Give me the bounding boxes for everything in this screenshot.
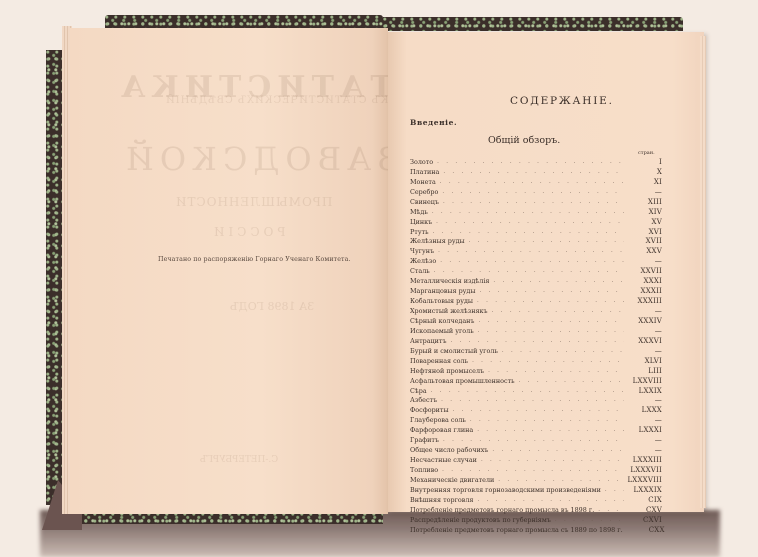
toc-entry[interactable]: МонетаXI (410, 177, 662, 187)
dot-leader (472, 357, 624, 366)
dot-leader (441, 396, 624, 405)
toc-entry-page: — (628, 416, 662, 425)
toc-entry-page: XV (628, 218, 662, 227)
toc-entry-page: — (628, 347, 662, 356)
toc-entry-label: Цинкъ (410, 218, 432, 227)
toc-entry-label: Фосфориты (410, 406, 449, 415)
dot-leader (470, 416, 624, 425)
toc-entry[interactable]: СѣраLXXIX (410, 386, 662, 396)
toc-entry-page: — (628, 188, 662, 197)
toc-entry-page: CXVI (628, 516, 662, 525)
toc-entry[interactable]: Азбестъ— (410, 396, 662, 406)
toc-entry-page: XLVI (628, 357, 662, 366)
intro-heading: Введеніе. (410, 118, 457, 127)
toc-entry[interactable]: Внѣшняя торговляCIX (410, 495, 662, 505)
toc-entry-label: Поваренная соль (410, 357, 468, 366)
toc-list: ЗолотоIПлатинаXМонетаXIСеребро—СвинецъXI… (410, 157, 662, 535)
toc-entry-page: CXX (631, 526, 665, 535)
page-title: СОДЕРЖАНІЕ. (510, 95, 614, 107)
toc-entry[interactable]: Ископаемый уголь— (410, 326, 662, 336)
dot-leader (443, 168, 624, 177)
toc-entry[interactable]: АнтрацитъXXXVI (410, 336, 662, 346)
toc-entry-label: Внѣшняя торговля (410, 496, 473, 505)
dot-leader (477, 297, 624, 306)
toc-entry[interactable]: Марганцовыя рудыXXXII (410, 286, 662, 296)
toc-entry-label: Бурый и смолистый уголь (410, 347, 498, 356)
dot-leader (440, 257, 624, 266)
toc-entry-label: Чугунъ (410, 247, 434, 256)
dot-leader (492, 446, 624, 455)
page-column-label: стран. (638, 150, 655, 156)
dot-leader (502, 347, 624, 356)
toc-entry-label: Желѣзо (410, 257, 436, 266)
toc-entry-page: LXXXIII (628, 456, 662, 465)
dot-leader (488, 367, 624, 376)
toc-entry-page: LXXXVII (628, 466, 662, 475)
toc-entry[interactable]: Бурый и смолистый уголь— (410, 346, 662, 356)
toc-entry[interactable]: Нефтяной промыселъLIII (410, 366, 662, 376)
toc-entry-label: Свинецъ (410, 198, 439, 207)
toc-entry-label: Антрацитъ (410, 337, 447, 346)
imprint-note: Печатано по распоряженію Горнаго Ученаго… (158, 256, 351, 263)
toc-entry-page: — (628, 436, 662, 445)
show-through-text: ПРОМЫШЛЕННОСТИ (175, 195, 332, 209)
toc-entry-label: Марганцовыя руды (410, 287, 475, 296)
toc-entry[interactable]: Хромистый желѣзнякъ— (410, 306, 662, 316)
toc-entry-page: CXV (628, 506, 662, 515)
toc-entry-label: Монета (410, 178, 436, 187)
dot-leader (442, 188, 624, 197)
right-page-stack (700, 36, 706, 508)
toc-entry[interactable]: Общее число рабочихъ— (410, 445, 662, 455)
dot-leader (605, 486, 624, 495)
toc-entry-label: Нефтяной промыселъ (410, 367, 484, 376)
toc-entry[interactable]: Металлическія издѣліяXXXI (410, 276, 662, 286)
toc-entry-page: XXVII (628, 267, 662, 276)
toc-entry[interactable]: Желѣзныя рудыXVII (410, 237, 662, 247)
dot-leader (519, 377, 624, 386)
dot-leader (478, 327, 624, 336)
toc-entry-page: XIII (628, 198, 662, 207)
dot-leader (493, 277, 624, 286)
toc-entry[interactable]: Желѣзо— (410, 256, 662, 266)
toc-entry[interactable]: Распредѣленіе продуктовъ по губерніямъCX… (410, 515, 662, 525)
toc-entry[interactable]: ПлатинаX (410, 167, 662, 177)
toc-entry[interactable]: Внутренняя торговля горнозаводскими прои… (410, 485, 662, 495)
show-through-text: ЗА 1898 ГОДЪ (230, 300, 314, 313)
toc-entry[interactable]: Несчастные случаиLXXXIII (410, 455, 662, 465)
show-through-text: РОССІИ (210, 225, 285, 239)
toc-entry-label: Желѣзныя руды (410, 237, 465, 246)
toc-entry-page: LXXXIX (628, 486, 662, 495)
toc-entry-page: XXXIV (628, 317, 662, 326)
toc-entry-label: Общее число рабочихъ (410, 446, 488, 455)
toc-entry[interactable]: Сѣрный колчеданъXXXIV (410, 316, 662, 326)
dot-leader (432, 208, 624, 217)
cover-top-edge-right (383, 17, 683, 31)
toc-entry-page: LXXXI (628, 426, 662, 435)
dot-leader (438, 247, 624, 256)
toc-entry-page: XXXII (628, 287, 662, 296)
toc-entry-label: Платина (410, 168, 439, 177)
toc-entry[interactable]: Фарфоровая глинаLXXXI (410, 425, 662, 435)
dot-leader (437, 158, 624, 167)
dot-leader (433, 228, 624, 237)
toc-entry-label: Хромистый желѣзнякъ (410, 307, 488, 316)
toc-entry[interactable]: ЗолотоI (410, 157, 662, 167)
toc-entry-label: Несчастные случаи (410, 456, 477, 465)
toc-entry[interactable]: ТопливоLXXXVII (410, 465, 662, 475)
toc-entry-label: Потребленіе предметовъ горнаго промысла … (410, 506, 594, 515)
toc-entry-label: Сѣра (410, 387, 427, 396)
toc-entry-page: — (628, 327, 662, 336)
toc-entry-page: — (628, 446, 662, 455)
toc-entry-page: — (628, 396, 662, 405)
toc-entry-page: X (628, 168, 662, 177)
toc-entry-label: Кобальтовыя руды (410, 297, 473, 306)
toc-entry-page: — (628, 257, 662, 266)
toc-entry-label: Фарфоровая глина (410, 426, 473, 435)
toc-entry-page: LXXVIII (628, 377, 662, 386)
dot-leader (481, 456, 624, 465)
toc-entry[interactable]: СтальXXVII (410, 266, 662, 276)
toc-entry[interactable]: Кобальтовыя рудыXXXIII (410, 296, 662, 306)
toc-entry-page: XXXI (628, 277, 662, 286)
toc-entry-label: Сталь (410, 267, 430, 276)
toc-entry[interactable]: МѣдьXIV (410, 207, 662, 217)
toc-entry[interactable]: ЦинкъXV (410, 217, 662, 227)
toc-entry-page: XI (628, 178, 662, 187)
toc-entry-page: LXXX (628, 406, 662, 415)
toc-entry-label: Азбестъ (410, 396, 437, 405)
toc-entry-label: Потребленіе предметовъ горнаго промысла … (410, 526, 623, 535)
toc-entry-page: XIV (628, 208, 662, 217)
toc-entry[interactable]: ЧугунъXXV (410, 246, 662, 256)
dot-leader (479, 287, 624, 296)
dot-leader (598, 506, 624, 515)
toc-entry[interactable]: ФосфоритыLXXX (410, 405, 662, 415)
dot-leader (442, 466, 624, 475)
toc-entry[interactable]: Глауберова соль— (410, 415, 662, 425)
toc-entry-label: Мѣдь (410, 208, 428, 217)
toc-entry-page: LXXIX (628, 387, 662, 396)
dot-leader (478, 317, 624, 326)
toc-entry-page: XXV (628, 247, 662, 256)
toc-entry-label: Асфальтовая промышленность (410, 377, 515, 386)
toc-entry-label: Золото (410, 158, 433, 167)
toc-entry-page: LXXXVIII (627, 476, 662, 485)
toc-entry-label: Ископаемый уголь (410, 327, 474, 336)
toc-entry[interactable]: СвинецъXIII (410, 197, 662, 207)
toc-entry-label: Распредѣленіе продуктовъ по губерніямъ (410, 516, 551, 525)
dot-leader (451, 337, 624, 346)
toc-entry[interactable]: Потребленіе предметовъ горнаго промысла … (410, 505, 662, 515)
dot-leader (431, 387, 624, 396)
show-through-text: С.-ПЕТЕРБУРГЪ (200, 455, 278, 465)
toc-entry-page: CIX (628, 496, 662, 505)
dot-leader (555, 516, 624, 525)
dot-leader (477, 426, 624, 435)
toc-entry-label: Серебро (410, 188, 438, 197)
toc-entry[interactable]: РтутьXVI (410, 227, 662, 237)
dot-leader (498, 476, 623, 485)
toc-entry-label: Графитъ (410, 436, 439, 445)
dot-leader (443, 436, 624, 445)
toc-entry-label: Топливо (410, 466, 438, 475)
toc-entry-page: XVI (628, 228, 662, 237)
toc-entry-page: XVII (628, 237, 662, 246)
toc-entry[interactable]: Асфальтовая промышленностьLXXVIII (410, 376, 662, 386)
dot-leader (440, 178, 624, 187)
dot-leader (453, 406, 624, 415)
toc-entry-page: XXXVI (628, 337, 662, 346)
dot-leader (492, 307, 624, 316)
section-heading: Общій обзоръ. (488, 135, 560, 146)
toc-entry-page: XXXIII (628, 297, 662, 306)
toc-entry-label: Металлическія издѣлія (410, 277, 489, 286)
dot-leader (436, 218, 624, 227)
toc-entry[interactable]: Механическіе двигателиLXXXVIII (410, 475, 662, 485)
toc-entry[interactable]: Потребленіе предметовъ горнаго промысла … (410, 525, 662, 535)
toc-entry[interactable]: Графитъ— (410, 435, 662, 445)
dot-leader (443, 198, 624, 207)
dot-leader (469, 237, 624, 246)
toc-entry-page: — (628, 307, 662, 316)
toc-entry-page: I (628, 158, 662, 167)
toc-entry[interactable]: Поваренная сольXLVI (410, 356, 662, 366)
toc-entry[interactable]: Серебро— (410, 187, 662, 197)
dot-leader (477, 496, 624, 505)
dot-leader (434, 267, 624, 276)
toc-entry-page: LIII (628, 367, 662, 376)
toc-entry-label: Глауберова соль (410, 416, 466, 425)
toc-entry-label: Ртуть (410, 228, 429, 237)
toc-entry-label: Внутренняя торговля горнозаводскими прои… (410, 486, 601, 495)
toc-entry-label: Сѣрный колчеданъ (410, 317, 474, 326)
toc-entry-label: Механическіе двигатели (410, 476, 494, 485)
